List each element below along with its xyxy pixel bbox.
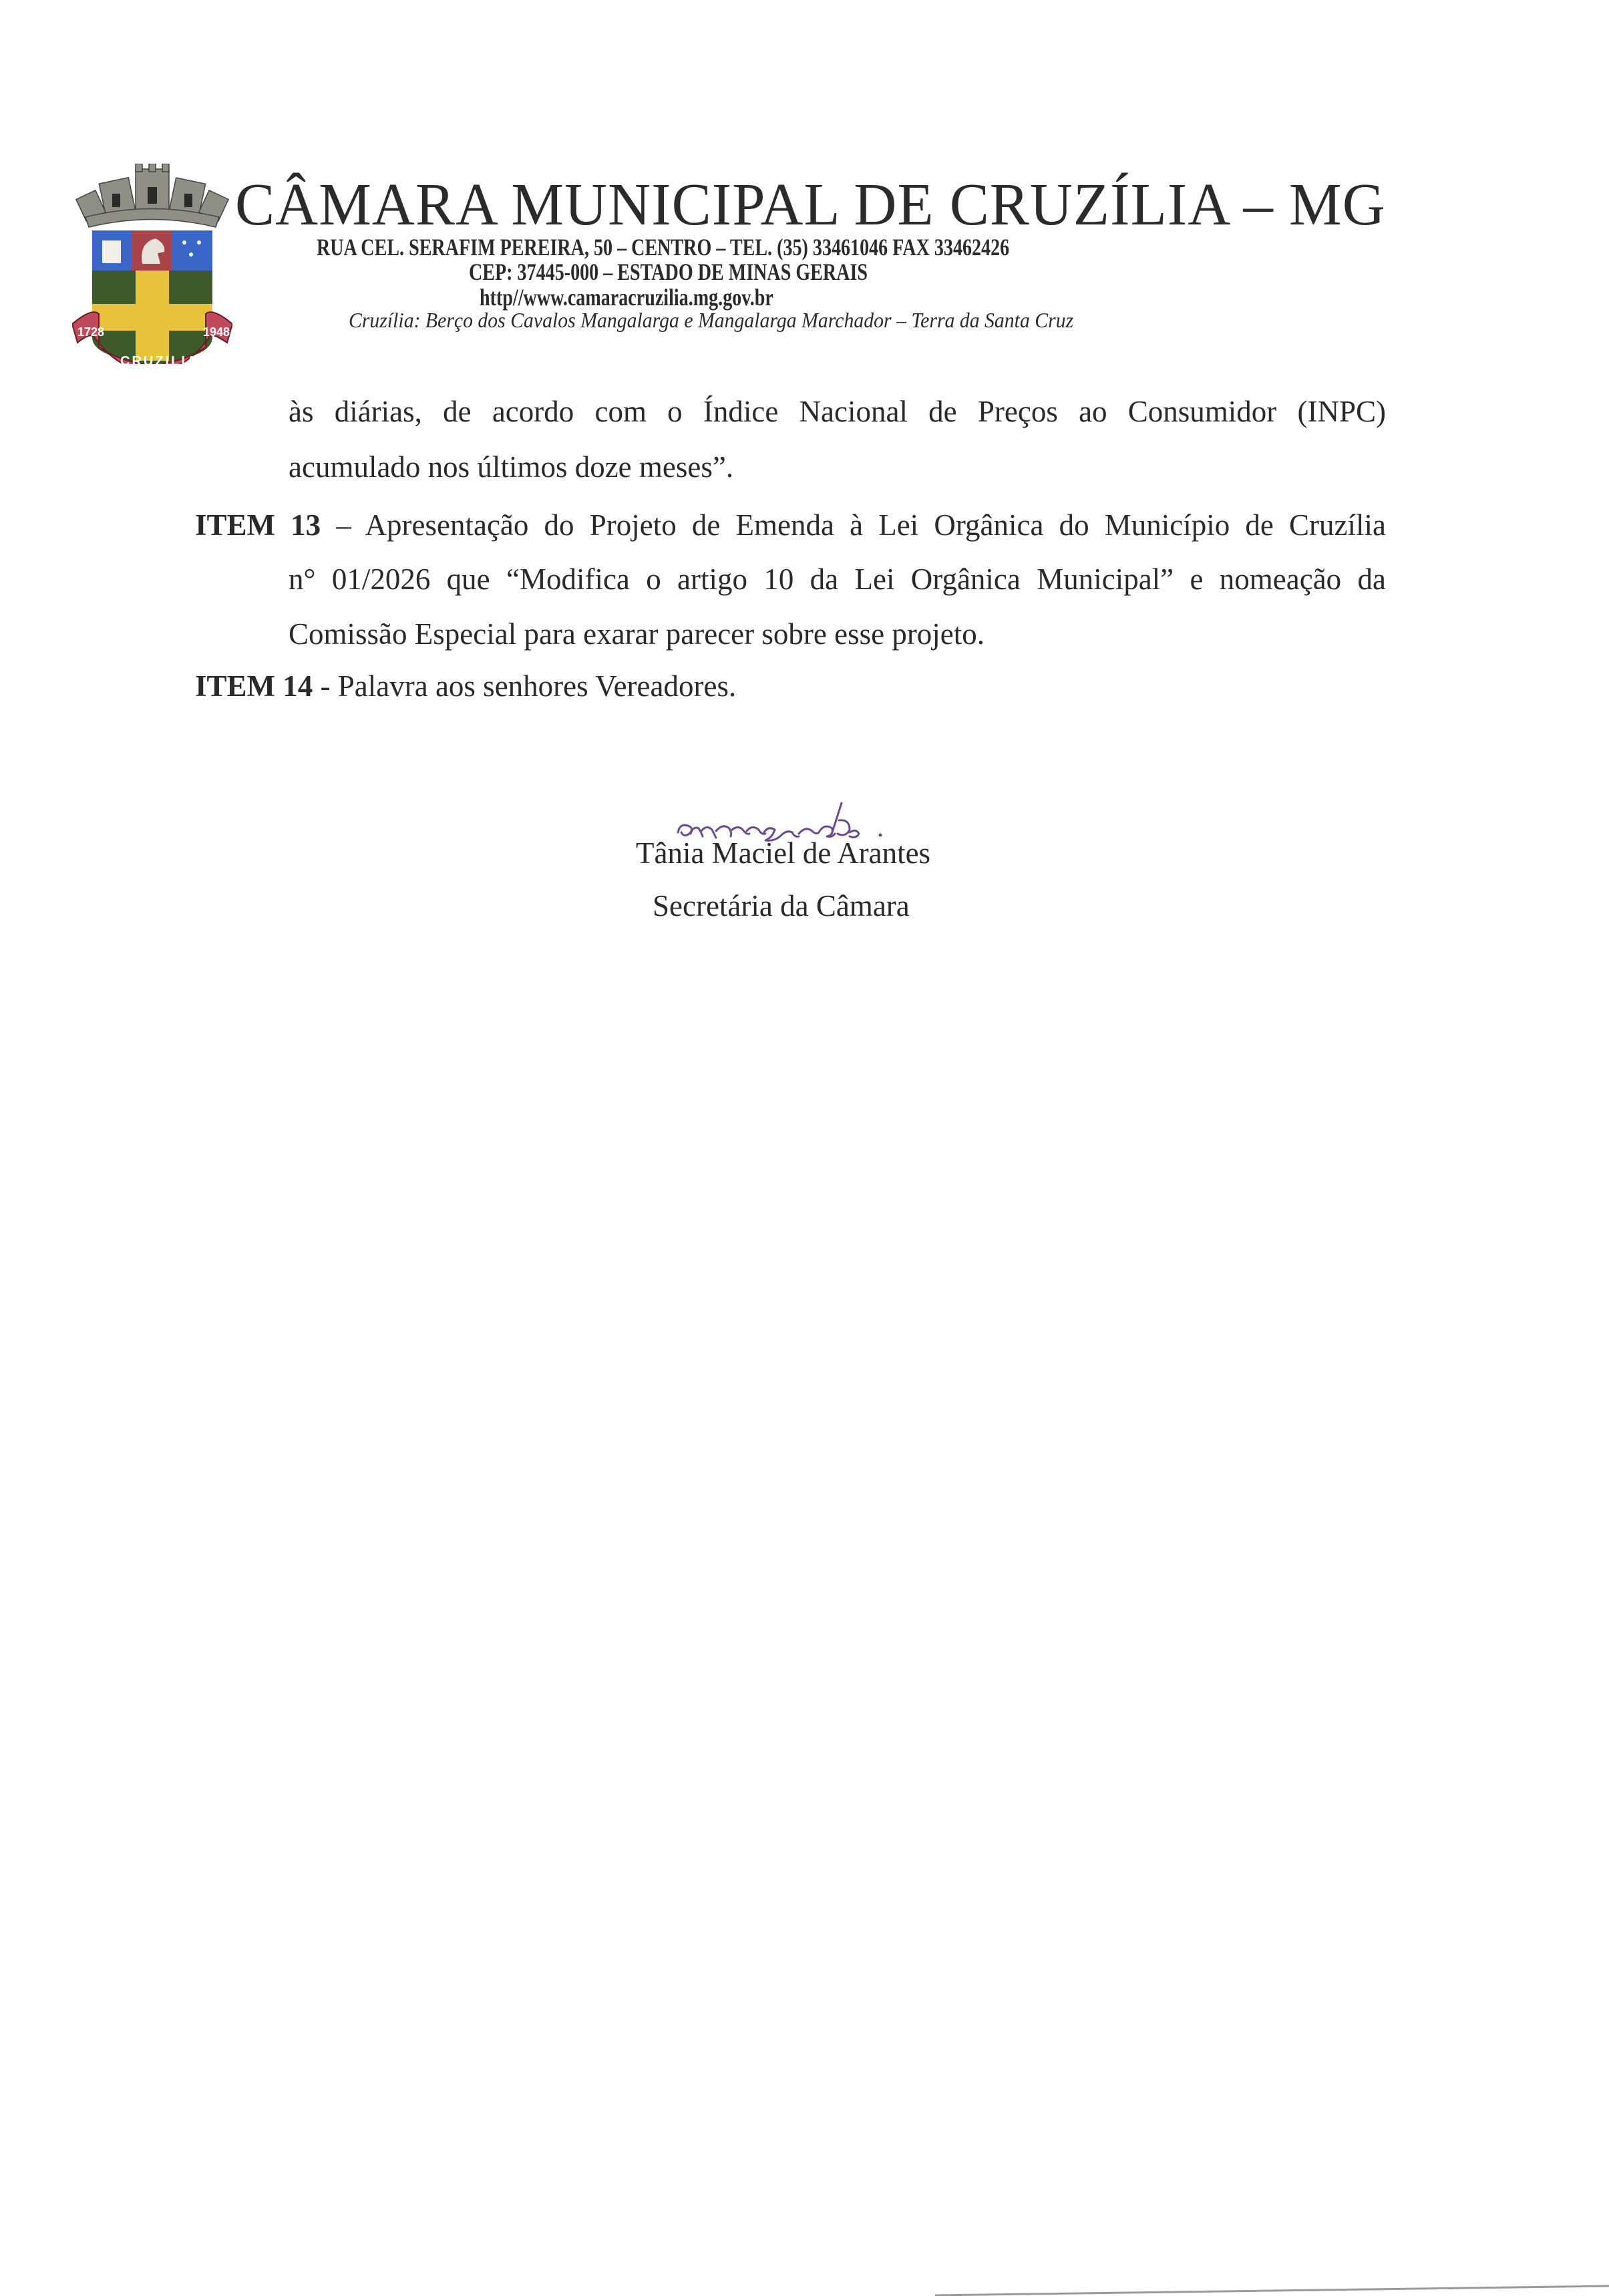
paragraph-line: n° 01/2026 que “Modifica o artigo 10 da …: [289, 562, 1386, 597]
paragraph-line: às diárias, de acordo com o Índice Nacio…: [289, 394, 1386, 429]
paragraph-line: Comissão Especial para exarar parecer so…: [289, 617, 1386, 651]
item-separator: –: [321, 508, 365, 542]
agenda-item-13: ITEM 13 – Apresentação do Projeto de Eme…: [195, 508, 1386, 542]
city-tagline: Cruzília: Berço dos Cavalos Mangalarga e…: [349, 309, 1073, 331]
signatory-name: Tânia Maciel de Arantes: [636, 836, 930, 870]
coat-banner-right: 1948: [203, 325, 230, 339]
signatory-role: Secretária da Câmara: [653, 888, 910, 923]
institution-title: CÂMARA MUNICIPAL DE CRUZÍLIA – MG: [235, 175, 1386, 235]
cep-line: CEP: 37445-000 – ESTADO DE MINAS GERAIS: [469, 260, 868, 284]
item-text: Palavra aos senhores Vereadores.: [338, 669, 736, 703]
website-url[interactable]: http//www.camaracruzilia.mg.gov.br: [480, 285, 773, 309]
item-label: ITEM 13: [195, 508, 321, 542]
coat-banner-left: 1728: [77, 325, 104, 339]
item-label: ITEM 14: [195, 669, 313, 703]
item-text: Apresentação do Projeto de Emenda à Lei …: [365, 508, 1386, 542]
item-separator: -: [313, 669, 338, 703]
agenda-item-14: ITEM 14 - Palavra aos senhores Vereadore…: [195, 669, 736, 703]
coat-banner-bottom: CRUZILIA: [120, 354, 198, 364]
scan-edge-line: [935, 2285, 1609, 2296]
coat-of-arms-icon: 1728 1948 CRUZILIA: [72, 164, 232, 364]
paragraph-line: acumulado nos últimos doze meses”.: [289, 450, 1386, 484]
address-line: RUA CEL. SERAFIM PEREIRA, 50 – CENTRO – …: [317, 235, 1009, 259]
